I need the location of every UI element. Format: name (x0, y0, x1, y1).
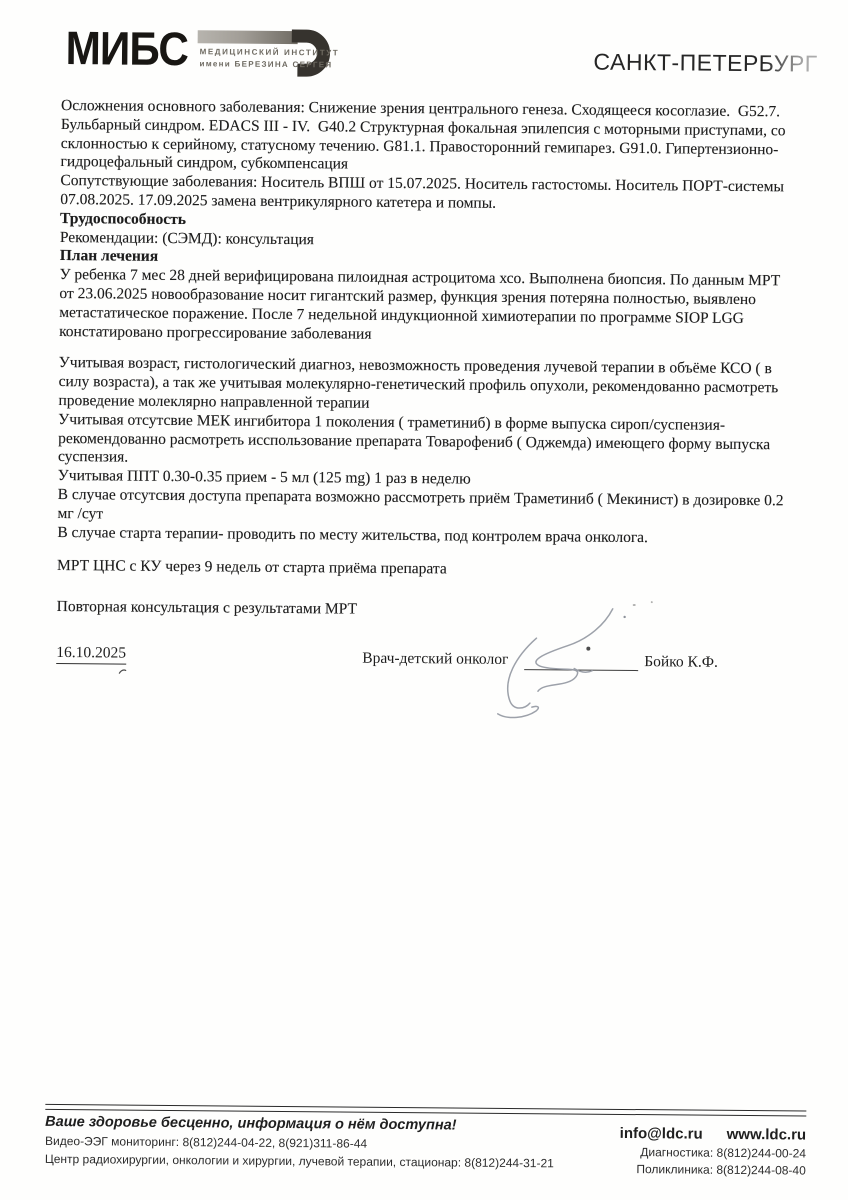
letterhead-footer: Ваше здоровье бесценно, информация о нём… (45, 1104, 807, 1178)
footer-right-block: info@ldc.ru www.ldc.ru Диагностика: 8(81… (619, 1119, 806, 1178)
footer-email: info@ldc.ru (620, 1125, 703, 1143)
logo-subtitle-1: МЕДИЦИНСКИЙ ИНСТИТУТ (200, 47, 340, 57)
footer-phone-line: Центр радиохирургии, онкологии и хирурги… (45, 1152, 554, 1170)
scan-speck (633, 604, 636, 606)
logo-band-shape (198, 30, 298, 44)
footer-slogan: Ваше здоровье бесценно, информация о нём… (45, 1114, 554, 1134)
scan-speck (651, 601, 653, 603)
doctor-name: Бойко К.Ф. (644, 653, 718, 672)
mibs-logo-acronym: МИБС (65, 24, 188, 80)
footer-phone-line: Диагностика: 8(812)244-00-24 (619, 1145, 806, 1161)
mibs-logo: МИБС МЕДИЦИНСКИЙ ИНСТИТУТ имени БЕРЕЗИНА… (65, 24, 338, 81)
footer-phone-line: Поликлиника: 8(812)244-08-40 (619, 1162, 806, 1178)
signature-row: 16.10.2025 Врач-детский онколог (56, 644, 816, 681)
pen-tick-mark (118, 662, 128, 680)
document-date: 16.10.2025 (56, 644, 126, 665)
mibs-logo-mark: МЕДИЦИНСКИЙ ИНСТИТУТ имени БЕРЕЗИНА СЕРГ… (197, 28, 337, 81)
handwritten-signature (484, 604, 665, 736)
logo-subtitle-2: имени БЕРЕЗИНА СЕРГЕЯ (199, 59, 332, 69)
document-body: Осложнения основного заболевания: Снижен… (56, 97, 821, 681)
city-stamp: САНКТ-ПЕТЕРБУРГ (593, 49, 817, 78)
scanned-page: МИБС МЕДИЦИНСКИЙ ИНСТИТУТ имени БЕРЕЗИНА… (0, 0, 848, 1200)
footer-website: www.ldc.ru (727, 1126, 807, 1144)
footer-left-block: Ваше здоровье бесценно, информация о нём… (45, 1114, 554, 1175)
footer-phone-line: Видео-ЭЭГ мониторинг: 8(812)244-04-22, 8… (45, 1134, 554, 1152)
